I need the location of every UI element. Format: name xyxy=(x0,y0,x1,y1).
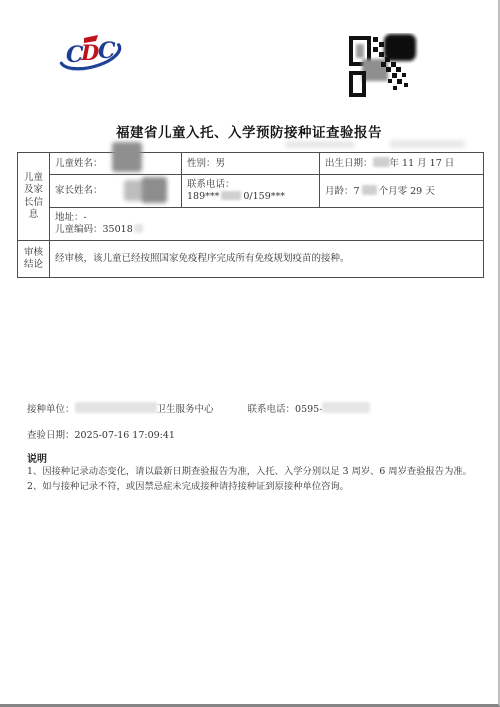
redacted-birth-year xyxy=(373,157,390,167)
child-code-label: 儿童编码： xyxy=(55,224,103,235)
unit-label: 接种单位： xyxy=(27,404,75,415)
redacted-age xyxy=(362,185,377,195)
redacted-code xyxy=(134,224,143,233)
parent-name-label: 家长姓名： xyxy=(55,185,103,196)
redaction-smudge xyxy=(285,141,355,148)
qr-code xyxy=(348,33,420,99)
phone-label: 联系电话： xyxy=(187,179,235,190)
redacted-child-name xyxy=(112,142,142,172)
section2-label: 审核结论 xyxy=(23,247,44,272)
address-label: 地址： xyxy=(55,212,84,223)
phone-cell: 联系电话： 189***0/159*** xyxy=(182,175,320,208)
unit-phone-label: 联系电话： xyxy=(248,404,296,415)
redacted-parent-name-2 xyxy=(142,177,167,203)
logo-letter-d: D xyxy=(80,40,100,65)
gender-value: 男 xyxy=(216,158,226,169)
note-item-2: 2、如与接种记录不符，或因禁忌症未完成接种请持接种证到原接种单位咨询。 xyxy=(27,480,484,493)
child-info-table: 儿童及家长信息 儿童姓名： 性别：男 出生日期：年 11 月 17 日 家长姓名… xyxy=(17,152,484,278)
logo-letter-c2: C xyxy=(98,38,116,64)
table-row: 审核结论 经审核，该儿童已经按照国家免疫程序完成所有免疫规划疫苗的接种。 xyxy=(18,241,484,278)
redacted-unit-name xyxy=(75,402,157,413)
conclusion-text: 经审核，该儿童已经按照国家免疫程序完成所有免疫规划疫苗的接种。 xyxy=(55,253,350,264)
gender-label: 性别： xyxy=(187,158,216,169)
phone-value-a: 189*** xyxy=(187,191,219,202)
note-item-1: 1、因接种记录动态变化，请以最新日期查验报告为准，入托、入学分别以足 3 周岁、… xyxy=(27,465,484,478)
age-cell: 月龄：7个月零 29 天 xyxy=(320,175,484,208)
birth-label: 出生日期： xyxy=(325,158,373,169)
age-prefix: 7 xyxy=(354,186,360,197)
birth-suffix: 年 11 月 17 日 xyxy=(390,158,455,169)
redacted-unit-phone xyxy=(322,402,370,413)
conclusion-cell: 经审核，该儿童已经按照国家免疫程序完成所有免疫规划疫苗的接种。 xyxy=(50,241,484,278)
report-page: C D C 福建省儿童入托、入学预防接种证查验报告 儿童及家长信息 xyxy=(0,0,500,707)
redaction-smudge xyxy=(390,140,465,148)
section2-label-cell: 审核结论 xyxy=(18,241,50,278)
child-name-label: 儿童姓名： xyxy=(55,158,103,169)
section-label-cell: 儿童及家长信息 xyxy=(18,153,50,241)
unit-value: 卫生服务中心 xyxy=(157,404,214,415)
address-value: - xyxy=(84,212,87,223)
birth-date-cell: 出生日期：年 11 月 17 日 xyxy=(320,153,484,175)
cdc-logo: C D C xyxy=(54,29,126,79)
age-suffix: 个月零 29 天 xyxy=(379,186,435,197)
check-date-label: 查验日期： xyxy=(27,430,75,441)
table-row: 儿童及家长信息 儿童姓名： 性别：男 出生日期：年 11 月 17 日 xyxy=(18,153,484,175)
gender-cell: 性别：男 xyxy=(182,153,320,175)
vaccination-unit-line: 接种单位：卫生服务中心联系电话：0595- xyxy=(27,401,370,415)
check-date-line: 查验日期：2025-07-16 17:09:41 xyxy=(27,427,175,441)
address-code-cell: 地址：- 儿童编码：35018 xyxy=(50,208,484,241)
age-label: 月龄： xyxy=(325,186,354,197)
child-code-value: 35018 xyxy=(103,224,133,235)
table-row: 家长姓名： 联系电话： 189***0/159*** 月龄：7个月零 29 天 xyxy=(18,175,484,208)
table-row: 地址：- 儿童编码：35018 xyxy=(18,208,484,241)
page-title: 福建省儿童入托、入学预防接种证查验报告 xyxy=(0,121,498,141)
redacted-phone xyxy=(221,191,241,200)
unit-phone-value: 0595- xyxy=(295,404,322,415)
section1-label: 儿童及家长信息 xyxy=(23,172,44,222)
notes-heading: 说明 xyxy=(27,450,47,465)
check-date-value: 2025-07-16 17:09:41 xyxy=(75,430,175,441)
phone-value-b: 0/159*** xyxy=(243,191,285,202)
